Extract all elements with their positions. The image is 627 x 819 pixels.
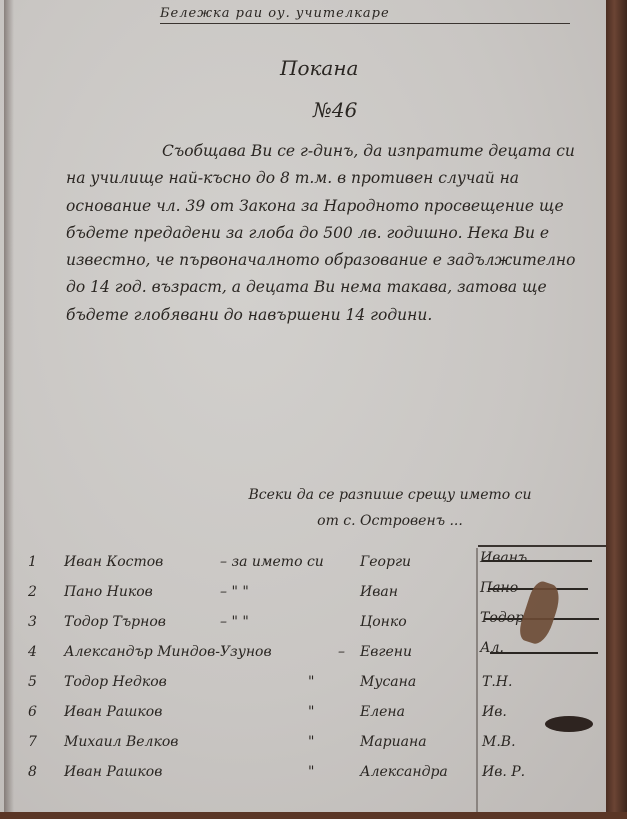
parent-name: Иван Костов	[64, 554, 163, 570]
ditto-mark: – " "	[220, 584, 249, 600]
list-item: 4 Александър Миндов-Узунов – Евгени	[20, 640, 480, 670]
item-number: 8	[28, 764, 37, 780]
parent-name: Александър Миндов-Узунов	[64, 644, 272, 660]
child-name: Мусана	[360, 674, 416, 690]
list-item: 1 Иван Костов – за името си Георги	[20, 550, 480, 580]
list-item: 6 Иван Рашков " Елена	[20, 700, 480, 730]
ditto-mark: "	[308, 734, 314, 750]
signature: Иванъ	[480, 550, 527, 566]
ditto-mark: – за името си	[220, 554, 324, 570]
child-name: Евгени	[360, 644, 412, 660]
parent-name: Пано Ников	[64, 584, 153, 600]
parent-name: Иван Рашков	[64, 704, 162, 720]
item-number: 5	[28, 674, 37, 690]
list-item: 2 Пано Ников – " " Иван	[20, 580, 480, 610]
paper-fold-shadow	[4, 0, 14, 812]
frame-bottom-edge	[0, 812, 627, 819]
signature-scribble	[490, 652, 598, 654]
signature: Ал.	[480, 640, 504, 656]
list-item: 5 Тодор Недков " Мусана	[20, 670, 480, 700]
ditto-mark: "	[308, 674, 314, 690]
parent-name: Тодор Търнов	[64, 614, 166, 630]
ditto-mark: – " "	[220, 614, 249, 630]
signature: Пано	[480, 580, 518, 596]
item-number: 1	[28, 554, 37, 570]
parent-name: Иван Рашков	[64, 764, 162, 780]
signature-instruction: Всеки да се разпише срещу името си от с.…	[170, 482, 610, 534]
ditto-mark: –	[338, 644, 345, 660]
instruction-line-1: Всеки да се разпише срещу името си	[170, 482, 610, 508]
frame-right-edge	[606, 0, 627, 819]
list-item: 3 Тодор Търнов – " " Цонко	[20, 610, 480, 640]
child-name: Александра	[360, 764, 448, 780]
signature: Тодор	[480, 610, 524, 626]
child-name: Елена	[360, 704, 405, 720]
ditto-mark: "	[308, 764, 314, 780]
signature: Ив. Р.	[482, 764, 525, 780]
child-name: Цонко	[360, 614, 407, 630]
parent-name: Тодор Недков	[64, 674, 167, 690]
item-number: 2	[28, 584, 37, 600]
item-number: 4	[28, 644, 37, 660]
ditto-mark: "	[308, 704, 314, 720]
document-body: Съобщава Ви се г-динъ, да изпратите деца…	[66, 138, 596, 329]
list-item: 8 Иван Рашков " Александра	[20, 760, 480, 790]
signature: Т.Н.	[482, 674, 512, 690]
document-paper: Бележка раи оу. учителкаре Покана №46 Съ…	[0, 0, 606, 812]
paper-hole	[545, 716, 593, 732]
item-number: 6	[28, 704, 37, 720]
parent-name: Михаил Велков	[64, 734, 178, 750]
parents-list: 1 Иван Костов – за името си Георги 2 Пан…	[20, 550, 480, 790]
item-number: 3	[28, 614, 37, 630]
child-name: Георги	[360, 554, 411, 570]
signature: Ив.	[482, 704, 507, 720]
child-name: Иван	[360, 584, 398, 600]
item-number: 7	[28, 734, 37, 750]
signature-column-top-line	[478, 545, 606, 547]
header-note: Бележка раи оу. учителкаре	[160, 6, 570, 24]
list-item: 7 Михаил Велков " Мариана	[20, 730, 480, 760]
document-number: №46	[313, 98, 357, 122]
instruction-line-2: от с. Островенъ ...	[170, 508, 610, 534]
child-name: Мариана	[360, 734, 427, 750]
signature: М.В.	[482, 734, 516, 750]
document-title: Покана	[280, 56, 358, 80]
